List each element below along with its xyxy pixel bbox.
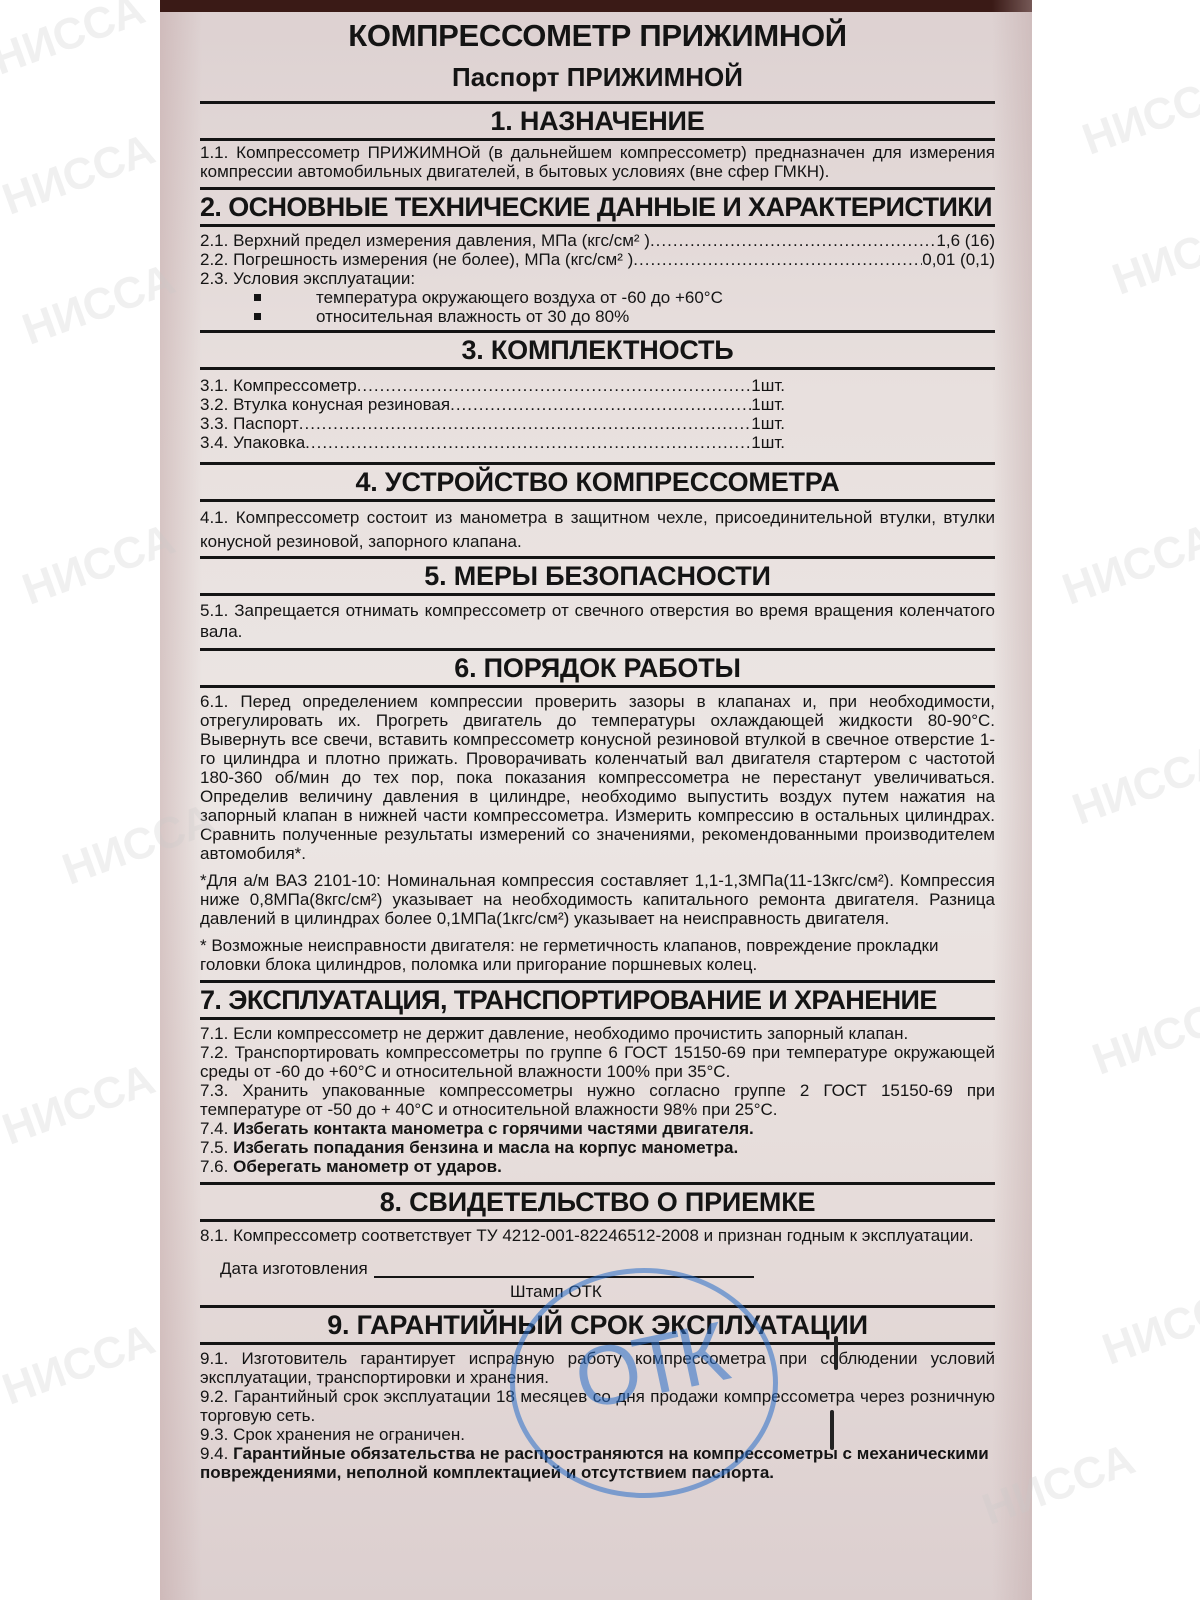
leader-dots (357, 376, 752, 395)
divider (200, 138, 995, 141)
watermark: НИССА (16, 515, 181, 616)
condition-text: относительная влажность от 30 до 80% (316, 307, 629, 326)
section-6-text: 6.1. Перед определением компрессии прове… (200, 692, 995, 863)
leader-dots (450, 395, 751, 414)
bullet-square-icon (254, 313, 261, 320)
section-7-item-1: 7.1. Если компрессометр не держит давлен… (200, 1024, 995, 1043)
contents-row: 3.3. Паспорт 1шт. (200, 414, 785, 433)
divider (200, 685, 995, 688)
section-3-heading: 3. КОМПЛЕКТНОСТЬ (200, 333, 995, 367)
section-7-item-2: 7.2. Транспортировать компрессометры по … (200, 1043, 995, 1081)
watermark: НИССА (0, 125, 161, 226)
staple-icon (834, 1336, 838, 1370)
section-7-item-3: 7.3. Хранить упакованные компрессометры … (200, 1081, 995, 1119)
item-qty: 1шт. (751, 414, 785, 433)
section-5-text: 5.1. Запрещается отнимать компрессометр … (200, 600, 995, 642)
document-content: КОМПРЕССОМЕТР ПРИЖИМНОЙ Паспорт ПРИЖИМНО… (200, 12, 995, 1482)
spec-label: 2.1. Верхний предел измерения давления, … (200, 231, 650, 250)
divider (200, 499, 995, 502)
leader-dots (650, 231, 936, 250)
document-title: КОМПРЕССОМЕТР ПРИЖИМНОЙ (200, 18, 995, 54)
section-7-item-4: 7.4. Избегать контакта манометра с горяч… (200, 1119, 995, 1138)
leader-dots (299, 414, 752, 433)
leader-dots (633, 250, 922, 269)
divider (200, 1017, 995, 1020)
section-8-heading: 8. СВИДЕТЕЛЬСТВО О ПРИЕМКЕ (200, 1185, 995, 1219)
manufacture-date-field (374, 1264, 754, 1278)
watermark: НИССА (1106, 205, 1200, 306)
watermark: НИССА (1076, 65, 1200, 166)
manufacture-date-label: Дата изготовления (220, 1259, 368, 1278)
staple-icon (830, 1410, 834, 1450)
watermark: НИССА (16, 255, 181, 356)
section-5-heading: 5. МЕРЫ БЕЗОПАСНОСТИ (200, 559, 995, 593)
section-8-text: 8.1. Компрессометр соответствует ТУ 4212… (200, 1226, 995, 1245)
spec-label: 2.2. Погрешность измерения (не более), М… (200, 250, 633, 269)
item-label: 3.3. Паспорт (200, 414, 299, 433)
watermark: НИССА (1086, 985, 1200, 1086)
divider (200, 1219, 995, 1222)
contents-list: 3.1. Компрессометр 1шт. 3.2. Втулка кону… (200, 376, 785, 452)
leader-dots (305, 433, 751, 452)
top-dark-strip (160, 0, 1032, 12)
section-4-text: 4.1. Компрессометр состоит из манометра … (200, 506, 995, 554)
condition-text: температура окружающего воздуха от -60 д… (316, 288, 723, 307)
section-7-heading: 7. ЭКСПЛУАТАЦИЯ, ТРАНСПОРТИРОВАНИЕ И ХРА… (200, 983, 995, 1017)
section-7-item-5: 7.5. Избегать попадания бензина и масла … (200, 1138, 995, 1157)
section-4-heading: 4. УСТРОЙСТВО КОМПРЕССОМЕТРА (200, 465, 995, 499)
bullet-square-icon (254, 294, 261, 301)
watermark: НИССА (1096, 1275, 1200, 1376)
watermark: НИССА (1056, 515, 1200, 616)
spec-row: 2.1. Верхний предел измерения давления, … (200, 231, 995, 250)
section-1-text: 1.1. Компрессометр ПРИЖИМНОй (в дальнейш… (200, 143, 995, 181)
watermark: НИССА (1066, 735, 1200, 836)
spec-row: 2.2. Погрешность измерения (не более), М… (200, 250, 995, 269)
condition-item: относительная влажность от 30 до 80% (200, 307, 995, 326)
spec-value: 0,01 (0,1) (922, 250, 995, 269)
watermark: НИССА (0, 0, 151, 85)
condition-item: температура окружающего воздуха от -60 д… (200, 288, 995, 307)
spec-value: 1,6 (16) (936, 231, 995, 250)
contents-row: 3.1. Компрессометр 1шт. (200, 376, 785, 395)
item-qty: 1шт. (751, 376, 785, 395)
divider (200, 593, 995, 596)
watermark: НИССА (0, 1315, 161, 1416)
section-1-heading: 1. НАЗНАЧЕНИЕ (200, 104, 995, 138)
section-6-heading: 6. ПОРЯДОК РАБОТЫ (200, 651, 995, 685)
section-7-item-6: 7.6. Оберегать манометр от ударов. (200, 1157, 995, 1176)
section-2-heading: 2. ОСНОВНЫЕ ТЕХНИЧЕСКИЕ ДАННЫЕ И ХАРАКТЕ… (200, 190, 995, 224)
item-label: 3.2. Втулка конусная резиновая (200, 395, 450, 414)
contents-row: 3.2. Втулка конусная резиновая 1шт. (200, 395, 785, 414)
item-qty: 1шт. (751, 433, 785, 452)
conditions-label: 2.3. Условия эксплуатации: (200, 269, 995, 288)
contents-row: 3.4. Упаковка 1шт. (200, 433, 785, 452)
section-6-note-vaz: *Для а/м ВАЗ 2101-10: Номинальная компре… (200, 871, 995, 928)
item-label: 3.1. Компрессометр (200, 376, 357, 395)
document-subtitle: Паспорт ПРИЖИМНОЙ (200, 62, 995, 93)
section-6-note-faults: * Возможные неисправности двигателя: не … (200, 936, 995, 974)
watermark: НИССА (0, 1055, 161, 1156)
item-qty: 1шт. (751, 395, 785, 414)
item-label: 3.4. Упаковка (200, 433, 305, 452)
